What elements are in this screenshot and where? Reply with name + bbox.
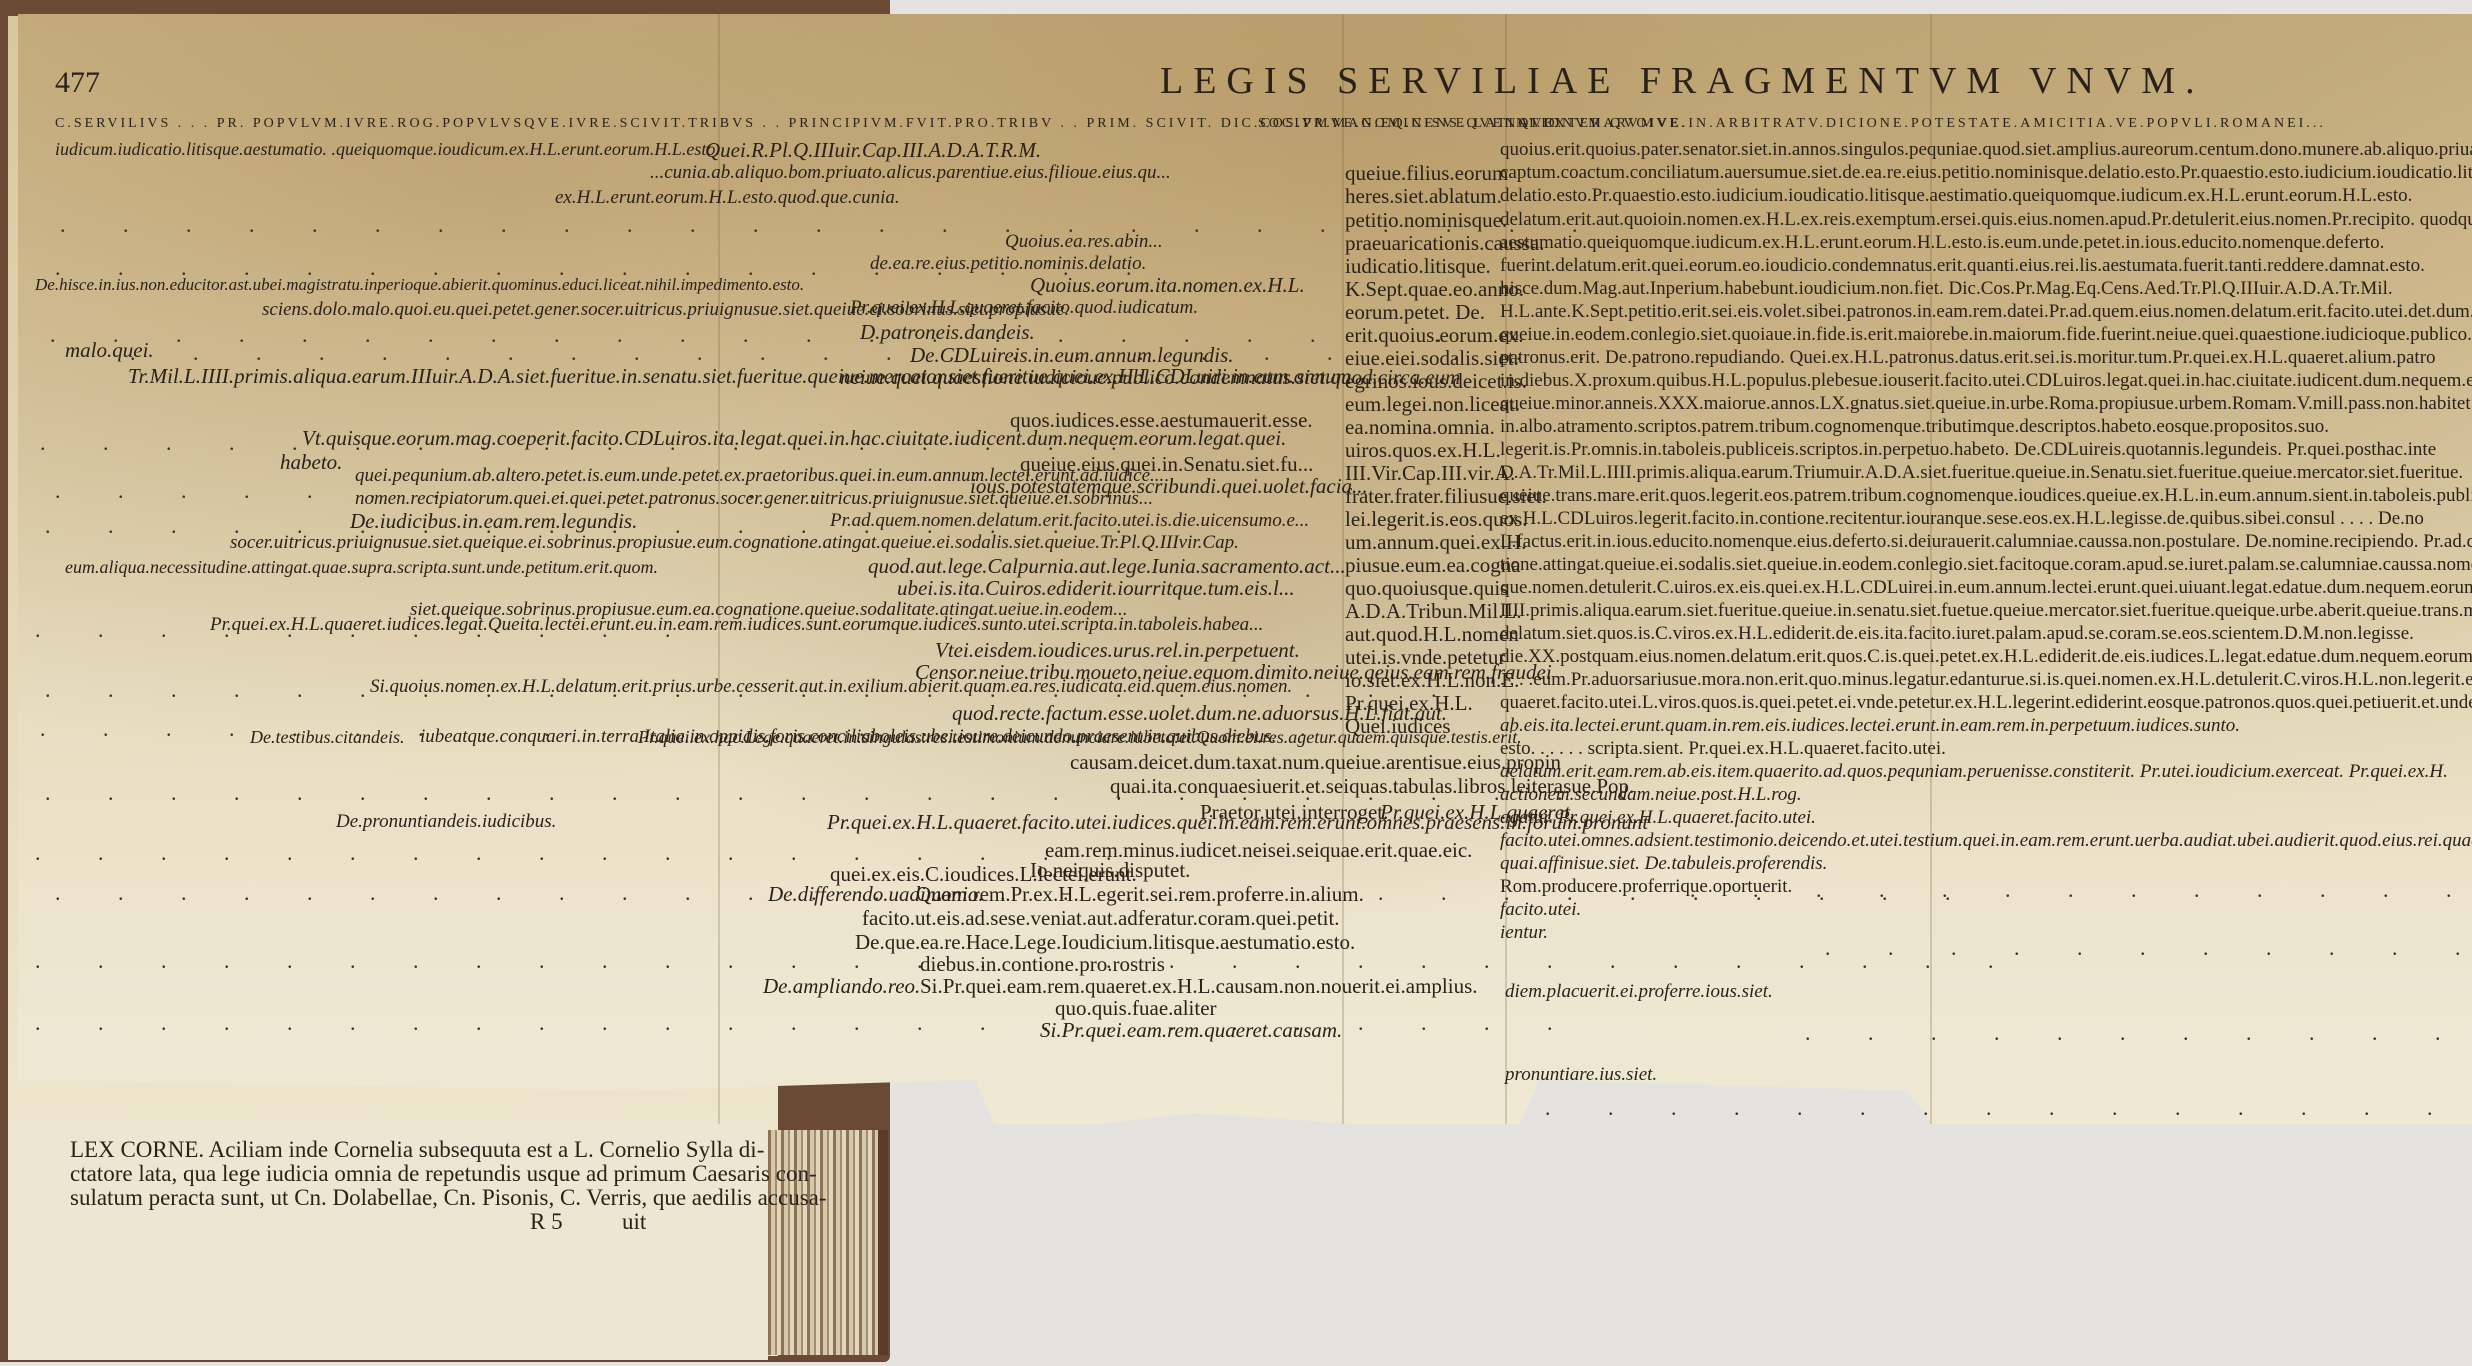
text-line: ex.H.L.erunt.eorum.H.L.esto.quod.que.cun… xyxy=(555,188,900,207)
text-line: habeto. xyxy=(280,452,342,473)
text-line: aestumatio.queiquomque.iudicum.ex.H.L.er… xyxy=(1500,233,2384,252)
text-line: A.D.A.Tribun.Mil.L. xyxy=(1345,601,1522,622)
text-line: que.nomen.detulerit.C.uiros.ex.eis.quei.… xyxy=(1500,578,2472,597)
page-number: 477 xyxy=(55,68,100,98)
dot-leader: . . . . . . . . . . . . . . . . . xyxy=(1825,935,2472,961)
text-line: patronus.erit. De.patrono.repudiando. Qu… xyxy=(1500,348,2436,367)
text-line: aut.quod.H.L.nomen xyxy=(1345,624,1519,645)
dot-leader: . . . . . . . . . . . . . . . . . . . . … xyxy=(1690,877,2472,903)
text-line: Quei.R.Pl.Q.IIIuir.Cap.III.A.D.A.T.R.M. xyxy=(705,140,1041,161)
footnote-line: LEX CORNE. Aciliam inde Cornelia subsequ… xyxy=(70,1138,764,1161)
text-line: agatur. Pr.quei.ex.H.L.quaeret.facito.ut… xyxy=(1500,808,1816,827)
text-line: in.diebus.X.proxum.quibus.H.L.populus.pl… xyxy=(1500,371,2472,390)
text-line: quod.aut.lege.Calpurnia.aut.lege.Iunia.s… xyxy=(868,556,1346,577)
text-line: ...cunia.ab.aliquo.bom.priuato.alicus.pa… xyxy=(650,163,1171,182)
text-line: pronuntiare.ius.siet. xyxy=(1505,1065,1657,1084)
header-row: NATIONVM.QVOIVE.IN.ARBITRATV.DICIONE.POT… xyxy=(1505,117,2326,131)
text-line: Si.Pr.quei.eam.rem.quaeret.causam. xyxy=(1040,1020,1342,1041)
text-line: Quoius.ea.res.abin... xyxy=(1005,232,1163,251)
text-line: eum.legei.non.liceat. xyxy=(1345,394,1520,415)
footnote-line: ctatore lata, qua lege iudicia omnia de … xyxy=(70,1162,817,1185)
text-line: De.pronuntiandeis.iudicibus. xyxy=(336,812,556,831)
text-line: De.ampliando.reo. xyxy=(763,976,920,997)
text-line: De.hisce.in.ius.non.educitor.ast.ubei.ma… xyxy=(35,276,804,293)
text-line: facito.ut.eis.ad.sese.veniat.aut.adferat… xyxy=(862,908,1340,929)
dot-leader: . . . . . . . . . . . . . . . . . . . . … xyxy=(1545,1095,2472,1121)
text-line: petitio.nominisque. xyxy=(1345,210,1507,231)
catchword: uit xyxy=(622,1210,646,1233)
text-line: facito.utei.omnes.adsient.testimonio.dei… xyxy=(1500,831,2472,850)
text-line: ab.eis.ita.lectei.erunt.quam.in.rem.eis.… xyxy=(1500,716,2240,735)
document-title: LEGIS SERVILIAE FRAGMENTVM VNVM. xyxy=(1160,62,2205,100)
text-line: D.A.Tr.Mil.L.IIII.primis.aliqua.earum.Tr… xyxy=(1500,463,2463,482)
text-line: io.siet.ex.H.L.non.E. xyxy=(1345,670,1519,691)
text-line: piusue.eum.ea.cogna xyxy=(1345,555,1521,576)
text-line: queiue.in.eodem.conlegio.siet.quoiaue.in… xyxy=(1500,325,2472,344)
text-line: ientur. xyxy=(1500,923,1548,942)
text-line: ubei.is.ita.Cuiros.ediderit.iourritque.t… xyxy=(897,578,1295,599)
text-line: III.Vir.Cap.III.vir.A. xyxy=(1345,463,1515,484)
text-line: facito.utei. xyxy=(1500,900,1581,919)
text-line: fuerint.delatum.erit.quei.eorum.eo.ioudi… xyxy=(1500,256,2425,275)
text-line: iudicum.iudicatio.litisque.aestumatio. .… xyxy=(55,140,720,158)
text-line: De.testibus.citandeis. xyxy=(250,728,404,746)
text-line: queiue.minor.anneis.XXX.maiorue.annos.LX… xyxy=(1500,394,2472,413)
text-line: iudicatio.litisque. xyxy=(1345,256,1491,277)
text-line: die.XX.postquam.eius.nomen.delatum.erit.… xyxy=(1500,647,2472,666)
text-line: quai.affinisue.siet. De.tabuleis.profere… xyxy=(1500,854,1827,873)
text-line: L.factus.erit.in.ious.educito.nomenque.e… xyxy=(1500,532,2472,551)
text-line: delatio.esto.Pr.quaestio.esto.iudicium.i… xyxy=(1500,186,2412,205)
text-line: nomen.recipiatorum.quei.ei.quei.petet.pa… xyxy=(355,489,1153,508)
text-line: quoius.erit.quoius.pater.senator.siet.in… xyxy=(1500,140,2472,159)
text-line: delatum.erit.eam.rem.ab.eis.item.quaerit… xyxy=(1500,762,2448,781)
text-line: eiue.eiei.sodalis.siet. xyxy=(1345,348,1519,369)
text-line: Quei.iudices xyxy=(1345,716,1451,737)
text-line: H.L.ante.K.Sept.petitio.erit.sei.eis.vol… xyxy=(1500,302,2472,321)
text-line: queiue.trans.mare.erit.quos.legerit.eos.… xyxy=(1500,486,2472,505)
text-line: Si.Pr.quei.eam.rem.quaeret.ex.H.L.causam… xyxy=(920,976,1478,997)
text-line: IIII.primis.aliqua.earum.siet.fueritue.q… xyxy=(1500,601,2472,620)
text-line: socer.uitricus.priuignusue.siet.queique.… xyxy=(230,533,1239,552)
text-line: actionem.secundam.neiue.post.H.L.rog. xyxy=(1500,785,1802,804)
text-line: quei.pequnium.ab.altero.petet.is.eum.und… xyxy=(355,466,1164,485)
text-line: Tr.Mil.L.IIII.primis.aliqua.earum.IIIuir… xyxy=(128,366,1351,387)
text-line: ea.nomina.omnia. xyxy=(1345,417,1495,438)
text-line: eorum.petet. De. xyxy=(1345,302,1485,323)
text-line: erit.quoius.eorum.ex. xyxy=(1345,325,1523,346)
footnote-line: sulatum peracta sunt, ut Cn. Dolabellae,… xyxy=(70,1186,827,1209)
dot-leader: . . . . . . . . . . . . xyxy=(1805,1020,2472,1046)
text-line: Quam.rem.Pr.ex.H.L.egerit.sei.rem.profer… xyxy=(916,884,1364,905)
text-line: delatum.siet.quos.is.C.viros.ex.H.L.edid… xyxy=(1500,624,2414,643)
text-line: esto. . . . . . scripta.sient. Pr.quei.e… xyxy=(1500,739,1946,758)
dot-leader: . . . . . . . . . . . . . . . . . . xyxy=(40,430,1143,456)
text-line: Vtei.eisdem.ioudices.urus.rel.in.perpetu… xyxy=(935,640,1300,661)
text-line: eum.aliqua.necessitudine.attingat.quae.s… xyxy=(65,558,658,576)
text-line: captum.coactum.conciliatum.auersumue.sie… xyxy=(1500,163,2472,182)
text-line: quo.quoiusque.quis xyxy=(1345,578,1508,599)
text-line: legerit.is.Pr.omnis.in.taboleis.publicei… xyxy=(1500,440,2436,459)
text-line: Pr.quei.ex.H.L. xyxy=(1345,693,1473,714)
dot-leader: . . . . . . . . . . . . . . . . . . . . … xyxy=(35,1010,1579,1036)
text-line: uiros.quos.ex.H.L. xyxy=(1345,440,1501,461)
text-line: queiue.filius.eorum xyxy=(1345,163,1508,184)
dot-leader: . . . . . . . . . . . . . . . . . . . . … xyxy=(45,677,1463,703)
text-line: in.albo.atramento.scriptos.patrem.tribum… xyxy=(1500,417,2329,436)
text-line: quaeret.facito.utei.L.viros.quos.is.quei… xyxy=(1500,693,2472,712)
dot-leader: . . . . . . . . . . . xyxy=(35,617,697,643)
signature-mark: R 5 xyxy=(530,1210,563,1233)
text-line: K.Sept.quae.eo.anno. xyxy=(1345,279,1524,300)
text-line: heres.siet.ablatum. xyxy=(1345,186,1502,207)
text-line: Io.neiquis.disputet. xyxy=(1030,860,1190,881)
text-line: hisce.dum.Mag.aut.Inperium.habebunt.ioud… xyxy=(1500,279,2393,298)
text-line: diebus.in.contione.pro.rostris xyxy=(920,954,1165,975)
text-line: diem.placuerit.ei.proferre.ious.siet. xyxy=(1505,982,1773,1001)
text-line: delatum.erit.aut.quoioin.nomen.ex.H.L.ex… xyxy=(1500,210,2472,229)
text-line: tione.attingat.queiue.ei.sodalis.siet.qu… xyxy=(1500,555,2472,574)
text-line: utei.is.vnde.petetur xyxy=(1345,647,1505,668)
text-line: . . . .eum.Pr.aduorsariusue.mora.non.eri… xyxy=(1500,670,2472,689)
text-line: ex.H.L.CDLuiros.legerit.facito.in.contio… xyxy=(1500,509,2424,528)
text-line: sciens.dolo.malo.quoi.eu.quei.petet.gene… xyxy=(262,300,1069,319)
text-line: causam.deicet.dum.taxat.num.queiue.arent… xyxy=(1070,752,1561,773)
